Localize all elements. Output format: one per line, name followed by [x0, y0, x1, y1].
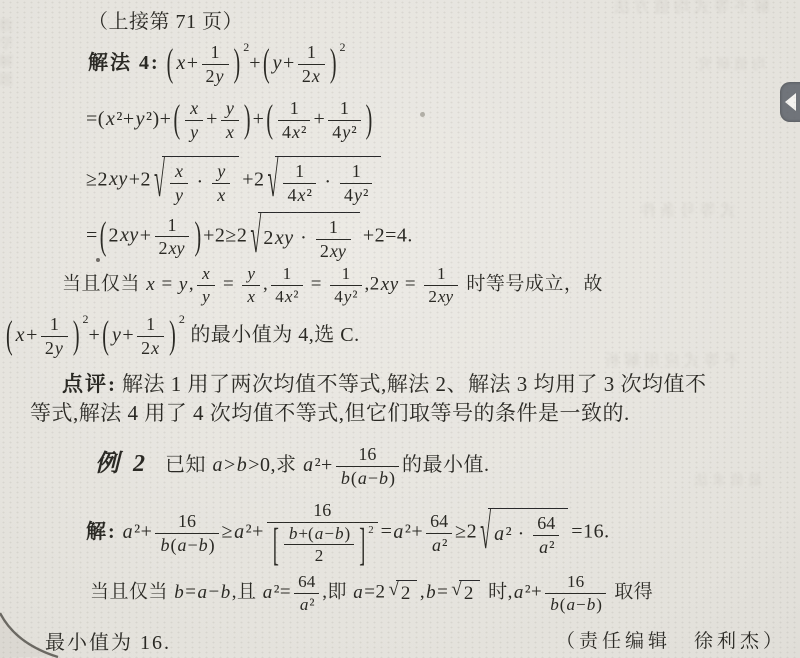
denominator: 2y	[202, 64, 229, 87]
radicand: a² · 64a²	[488, 508, 568, 557]
editor-credit: （责任编辑 徐利杰）	[556, 626, 786, 653]
fraction: 64a²	[533, 513, 559, 557]
big-paren-left: (	[100, 213, 107, 260]
denominator: x	[221, 120, 239, 143]
bleed-through-text: 最值求法	[690, 470, 762, 490]
line-equality1: 当且仅当 x = y,xy = yx,14x² = 14y²,2xy = 12x…	[62, 264, 603, 306]
bleed-through-text: 解不等式均值方法	[610, 0, 770, 17]
big-paren-left: (	[266, 97, 273, 144]
denominator: 2	[284, 544, 354, 566]
math-text: （上接第 71 页）	[88, 11, 243, 33]
square-root: √xy · yx	[154, 156, 239, 205]
denominator: 2xy	[155, 236, 190, 259]
numerator: b+(a−b)	[284, 524, 354, 545]
math-text: +2=4.	[363, 224, 413, 246]
scan-speck	[420, 112, 425, 117]
numerator: 64	[426, 511, 452, 533]
fraction: xy	[185, 98, 203, 142]
line-comment1: 点评:解法 1 用了两次均值不等式,解法 2、解法 3 均用了 3 次均值不	[62, 372, 707, 397]
math-text: +	[253, 108, 265, 130]
fraction: 14x²	[278, 98, 310, 142]
math-text: y+	[111, 324, 134, 346]
fraction: 14x²	[283, 161, 315, 205]
math-text: x+	[15, 324, 38, 346]
math-text: 解法 1 用了两次均值不等式,解法 2、解法 3 均用了 3 次均值不	[122, 372, 707, 396]
math-text: +	[206, 108, 218, 130]
math-text: 2	[464, 583, 474, 604]
math-text: 2xy+	[108, 224, 151, 246]
bleed-through-text: 数学解题	[0, 18, 14, 90]
fraction: 64a²	[294, 572, 319, 614]
bleed-through-text: 式等号条件	[636, 198, 736, 221]
line-continuation: （上接第 71 页）	[88, 10, 243, 34]
denominator: y	[170, 183, 188, 206]
numerator: 1	[328, 98, 360, 120]
math-text: +2≥2	[203, 224, 247, 246]
math-text: 已知 a>b>0,求 a²+	[165, 454, 333, 476]
math-text: 当且仅当 x = y,	[62, 274, 194, 295]
numerator: 1	[316, 217, 351, 239]
numerator: 16	[336, 444, 399, 466]
denominator: y	[185, 120, 203, 143]
numerator: 1	[137, 314, 164, 336]
math-text: ,	[263, 274, 268, 295]
math-text: +	[249, 52, 261, 74]
big-paren-right: )	[244, 97, 251, 144]
math-text: 2	[401, 583, 411, 604]
big-paren-right: )	[234, 41, 241, 88]
math-text: ,b=	[420, 582, 448, 603]
numerator: 1	[271, 264, 302, 285]
fraction: 12xy	[424, 264, 458, 306]
bold-label: 点评:	[62, 372, 117, 396]
math-text: 时,a²+	[483, 582, 542, 603]
denominator: a²	[426, 533, 452, 556]
math-text: 当且仅当 b=a−b,且 a²=	[90, 582, 291, 603]
math-text: ·	[191, 171, 209, 193]
page-curl-line	[0, 604, 64, 658]
numerator: 1	[298, 42, 325, 64]
math-text: =	[218, 274, 240, 295]
big-paren-right: )	[194, 213, 201, 260]
numerator: 64	[533, 513, 559, 535]
numerator: 1	[278, 98, 310, 120]
denominator: b(a−b)	[155, 533, 218, 556]
math-text: ≥2xy+2	[86, 168, 151, 190]
big-paren-right: )	[366, 97, 373, 144]
big-bracket-right: ]	[359, 519, 365, 571]
fraction: b+(a−b)2	[284, 524, 354, 566]
big-paren-left: (	[102, 313, 109, 360]
numerator: x	[197, 264, 215, 285]
denominator: 4y²	[330, 285, 361, 307]
line-sol4-1: 解法 4:(x+12y)2+(y+12x)2	[88, 40, 345, 87]
line-comment2: 等式,解法 4 用了 4 次均值不等式,但它们取等号的条件是一致的.	[30, 401, 630, 426]
fraction: 16[b+(a−b)2]2	[267, 500, 378, 566]
fraction: 16b(a−b)	[155, 511, 218, 555]
big-paren-left: (	[167, 41, 174, 88]
math-text: ,即 a=2	[322, 582, 385, 603]
square-root: √14x² · 14y²	[267, 156, 381, 205]
line-example2: 例 2已知 a>b>0,求 a²+16b(a−b)的最小值.	[95, 444, 490, 488]
numerator: 1	[330, 264, 361, 285]
denominator: 4x²	[278, 120, 310, 143]
denominator: x	[212, 183, 230, 206]
big-paren-right: )	[73, 313, 80, 360]
bold-label: 解法 4:	[88, 52, 160, 74]
math-text: =16.	[571, 521, 609, 543]
fraction: 64a²	[426, 511, 452, 555]
fraction: xy	[197, 264, 215, 306]
fraction: 14y²	[330, 264, 361, 306]
numerator: 1	[202, 42, 229, 64]
denominator: x	[242, 285, 260, 307]
radicand: 14x² · 14y²	[275, 156, 381, 205]
line-sol4-3: ≥2xy+2√xy · yx+2√14x² · 14y²	[86, 156, 384, 205]
fraction: yx	[242, 264, 260, 306]
square-root: √2	[451, 580, 479, 606]
numerator: x	[185, 98, 203, 120]
fraction: 12x	[137, 314, 164, 358]
chevron-left-icon	[785, 93, 796, 111]
big-paren-right: )	[330, 41, 337, 88]
fraction: 14x²	[271, 264, 302, 306]
denominator: 4x²	[283, 183, 315, 206]
math-text: ≥2	[455, 521, 477, 543]
big-paren-left: (	[263, 41, 270, 88]
numerator: 16	[267, 500, 378, 522]
radicand: xy · yx	[162, 156, 239, 205]
math-text: x+	[175, 52, 198, 74]
math-text: +	[89, 324, 101, 346]
denominator: y	[197, 285, 215, 307]
superscript: 2	[368, 524, 373, 536]
math-text: 的最小值为 4,选 C.	[185, 324, 360, 346]
fraction: 16b(a−b)	[336, 444, 399, 488]
fraction: 16b(a−b)	[545, 572, 606, 614]
line-solution2: 解:a²+16b(a−b)≥a²+16[b+(a−b)2]2=a²+64a²≥2…	[86, 500, 610, 566]
line-sol4-4: =(2xy+12xy)+2≥2√2xy · 12xy+2=4.	[86, 212, 413, 261]
big-paren-right: )	[169, 313, 176, 360]
fraction: 12y	[41, 314, 68, 358]
prev-page-button[interactable]	[780, 82, 800, 122]
denominator: 4x²	[271, 285, 302, 307]
math-text: =(x²+y²)+	[86, 108, 171, 130]
denominator: b(a−b)	[336, 466, 399, 489]
math-text: ·	[319, 171, 337, 193]
big-paren-left: (	[6, 313, 13, 360]
denominator: 2xy	[316, 239, 351, 262]
denominator: a²	[294, 593, 319, 615]
radicand: 2	[396, 580, 417, 606]
numerator: 1	[41, 314, 68, 336]
math-text: =	[86, 224, 98, 246]
numerator: 1	[283, 161, 315, 183]
bleed-through-text: 均值研究	[694, 54, 766, 74]
radical-sign: √	[267, 156, 278, 206]
math-text: 2xy ·	[263, 227, 312, 249]
math-text: a²+	[122, 521, 153, 543]
denominator: 4y²	[340, 183, 372, 206]
fraction: yx	[221, 98, 239, 142]
fraction: 14y²	[340, 161, 372, 205]
fraction: yx	[212, 161, 230, 205]
line-sol4-2: =(x²+y²)+(xy+yx)+(14x²+14y²)	[86, 98, 374, 142]
math-text: ,2xy =	[365, 274, 422, 295]
numerator: 16	[545, 572, 606, 593]
square-root: √2xy · 12xy	[250, 212, 359, 261]
fraction: 12xy	[316, 217, 351, 261]
radical-sign: √	[154, 156, 165, 206]
superscript: 2	[339, 40, 345, 54]
fraction: 14y²	[328, 98, 360, 142]
math-text: 等式,解法 4 用了 4 次均值不等式,但它们取等号的条件是一致的.	[30, 401, 630, 425]
math-text: 时等号成立，故	[461, 274, 603, 295]
numerator: 64	[294, 572, 319, 593]
math-text: 取得	[609, 582, 653, 603]
square-root: √a² · 64a²	[480, 508, 568, 557]
fraction: 12x	[298, 42, 325, 86]
fraction: xy	[170, 161, 188, 205]
line-conclusion: (x+12y)2+(y+12x)2 的最小值为 4,选 C.	[4, 312, 360, 359]
math-text: =	[306, 274, 328, 295]
denominator: a²	[533, 535, 559, 558]
numerator: y	[212, 161, 230, 183]
numerator: y	[221, 98, 239, 120]
denominator: 4y²	[328, 120, 360, 143]
denominator: 2x	[298, 64, 325, 87]
denominator: 2y	[41, 336, 68, 359]
big-paren-left: (	[173, 97, 180, 144]
denominator: [b+(a−b)2]2	[267, 522, 378, 566]
math-text: y+	[272, 52, 295, 74]
radicand: 2xy · 12xy	[258, 212, 359, 261]
denominator: 2x	[137, 336, 164, 359]
denominator: 2xy	[424, 285, 458, 307]
square-root: √2	[388, 580, 416, 606]
math-text: +	[313, 108, 325, 130]
numerator: 16	[155, 511, 218, 533]
big-bracket-left: [	[273, 519, 279, 571]
line-equality2: 当且仅当 b=a−b,且 a²=64a²,即 a=2√2,b=√2 时,a²+1…	[90, 572, 653, 614]
radicand: 2	[459, 580, 480, 606]
scanned-page: 解不等式均值方法均值研究式等号条件不等式应用解析最值求法数学解题 （上接第 71…	[0, 0, 800, 658]
bold-label: 解:	[86, 521, 117, 543]
math-text: +2	[242, 168, 264, 190]
numerator: 1	[155, 215, 190, 237]
numerator: x	[170, 161, 188, 183]
radical-sign: √	[480, 508, 491, 558]
numerator: 1	[340, 161, 372, 183]
fraction: 12y	[202, 42, 229, 86]
math-text: 的最小值.	[402, 454, 490, 476]
math-text: a² ·	[493, 523, 530, 545]
math-text: =a²+	[381, 521, 424, 543]
numerator: y	[242, 264, 260, 285]
bleed-through-text: 不等式应用解析	[600, 348, 740, 371]
denominator: b(a−b)	[545, 593, 606, 615]
example-label: 例 2	[95, 451, 149, 477]
fraction: 12xy	[155, 215, 190, 259]
numerator: 1	[424, 264, 458, 285]
math-text: ≥a²+	[222, 521, 264, 543]
radical-sign: √	[250, 212, 261, 262]
